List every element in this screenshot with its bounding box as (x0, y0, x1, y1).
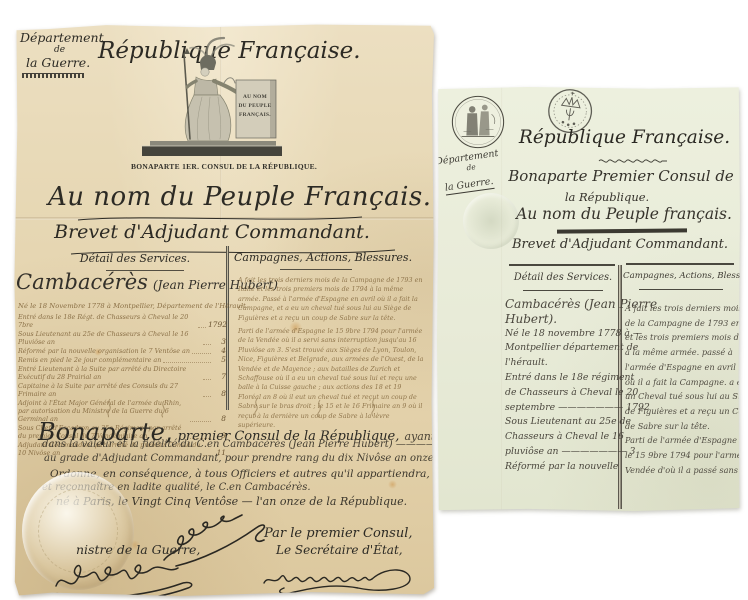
service-line: Sous Lieutenant au 25e de (505, 415, 619, 430)
header-underline (639, 289, 723, 290)
campaign-line: où il a fait la Campagne. a eu (625, 375, 739, 390)
thick-underline-bar (557, 228, 687, 233)
officer-name: Hubert). (505, 312, 619, 327)
campaigns-column: A fait les trois derniers mois de la Cam… (625, 301, 739, 477)
campaign-line: Parti de l'armée d'Espagne (625, 433, 739, 448)
header-underline (523, 290, 603, 291)
campaign-line: à la même armée. passé à (625, 345, 739, 360)
service-line: Réformé par la nouvelle (505, 460, 619, 475)
heading-brevet: Brevet d'Adjudant Commandant. (54, 221, 370, 243)
service-line: Entré dans le 18e régiment (505, 371, 619, 386)
right-document: Département de la Guerre. (437, 87, 740, 511)
right-doc-heading: Brevet d'Adjudant Commandant. (499, 237, 741, 252)
left-document-paper: Département de la Guerre. République Fra… (14, 24, 434, 596)
secretary-signature-icon (260, 555, 418, 600)
premier-consul-label: Par le premier Consul, (264, 526, 412, 541)
consul-line: la République. (547, 190, 667, 204)
grant-text-line: au grade d'Adjudant Commandant, pour pre… (44, 453, 437, 464)
service-year: 4 (213, 347, 226, 355)
service-line: Entré dans le 18e Régt. de Chasseurs à C… (18, 313, 226, 329)
campaigns-column-header: Campagnes, Actions, Blessures. (234, 251, 406, 264)
pedestal-inscription-line: AU NOM (243, 94, 267, 100)
scanned-documents-page: Département de la Guerre. République Fra… (0, 0, 748, 600)
campaigns-column-header: Campagnes, Actions, Blessures. (623, 271, 737, 281)
campaign-line: un Cheval tué sous lui au Siège (625, 389, 739, 404)
service-line: l'hérault. (505, 356, 619, 371)
right-doc-title: République Française. (509, 127, 740, 148)
left-document: Département de la Guerre. République Fra… (14, 24, 434, 596)
service-line: Sous Lieutenant au 25e de Chasseurs à Ch… (18, 330, 226, 346)
peuple-line: Au nom du Peuple français. (507, 205, 741, 223)
wavy-divider (597, 157, 669, 165)
service-line: Capitaine à la Suite par arrêté des Cons… (18, 382, 226, 398)
service-line: Chasseurs à Cheval le 16 (505, 430, 619, 445)
column-rule (509, 264, 615, 266)
consul-line: Bonaparte Premier Consul de (501, 167, 741, 185)
service-line: Remis en pied le 2e jour complémentaire … (18, 356, 226, 364)
officer-name: Cambacérès (Jean Pierre (505, 297, 619, 312)
service-line: Montpellier département de (505, 341, 619, 356)
services-column-header: Détail des Services. (60, 252, 210, 265)
campaign-line: de Sabre sur la tête. (625, 419, 739, 434)
service-line: pluviôse an ——————— 3 (505, 445, 619, 460)
header-underline (280, 269, 352, 270)
campaign-line: l'armée d'Espagne en avril (625, 360, 739, 375)
engraving-caption: BONAPARTE 1ER. CONSUL DE LA RÉPUBLIQUE. (118, 162, 330, 171)
campaign-line: de Figuières et a reçu un Coup (625, 404, 739, 419)
right-document-paper: Département de la Guerre. (437, 87, 740, 511)
pedestal-inscription-line: FRANÇAIS. (239, 112, 271, 118)
officer-name: Cambacérès (16, 270, 148, 294)
service-year: 7 (213, 373, 226, 381)
minister-signature-icon (50, 552, 205, 600)
grant-text-line: dans la valeur et la fidélité du C.en Ca… (42, 439, 489, 450)
service-year: 5 (213, 356, 226, 364)
heading-au-nom: Au nom du Peuple Français. (48, 182, 392, 212)
service-year: 1792 (208, 321, 226, 329)
service-line: de Chasseurs à Cheval le 20 (505, 386, 619, 401)
campaign-line: de la Campagne de 1793 en Italie (625, 316, 739, 331)
service-year: 8 (213, 390, 226, 398)
service-line: Entré Lieutenant à la Suite par arrêté d… (18, 365, 226, 381)
column-rule (626, 263, 734, 265)
flourish-marks (102, 398, 392, 418)
services-column: Cambacérès (Jean Pierre Hubert). Né le 1… (505, 297, 619, 475)
service-line: Né le 18 novembre 1778 à — (505, 327, 619, 342)
department-underline-bar (22, 73, 84, 78)
service-year: 3 (213, 338, 226, 346)
campaign-line: le 15 9bre 1794 pour l'armée de la (625, 448, 739, 463)
campaign-line: Vendée d'où il a passé sans (625, 463, 739, 478)
campaign-paragraph: A fait les trois derniers mois de la Cam… (238, 276, 424, 323)
war-department-medallion-icon (449, 93, 507, 151)
campaign-line: A fait les trois derniers mois (625, 301, 739, 316)
foxing-spot (388, 480, 397, 489)
marianne-engraving-icon: AU NOM DU PEUPLE FRANÇAIS. (132, 36, 286, 160)
service-line: septembre ——————— 1792 (505, 401, 619, 416)
services-column-header: Détail des Services. (509, 272, 617, 283)
officer-name-line: Cambacérès (Jean Pierre Hubert) (16, 270, 236, 294)
pedestal-inscription-line: DU PEUPLE (238, 103, 271, 109)
birth-note: Né le 18 Novembre 1778 à Montpellier, Dé… (18, 302, 228, 310)
campaign-line: et les trois premiers mois de 1794 (625, 330, 739, 345)
service-line: Réformé par la nouvelle organisation le … (18, 347, 226, 355)
